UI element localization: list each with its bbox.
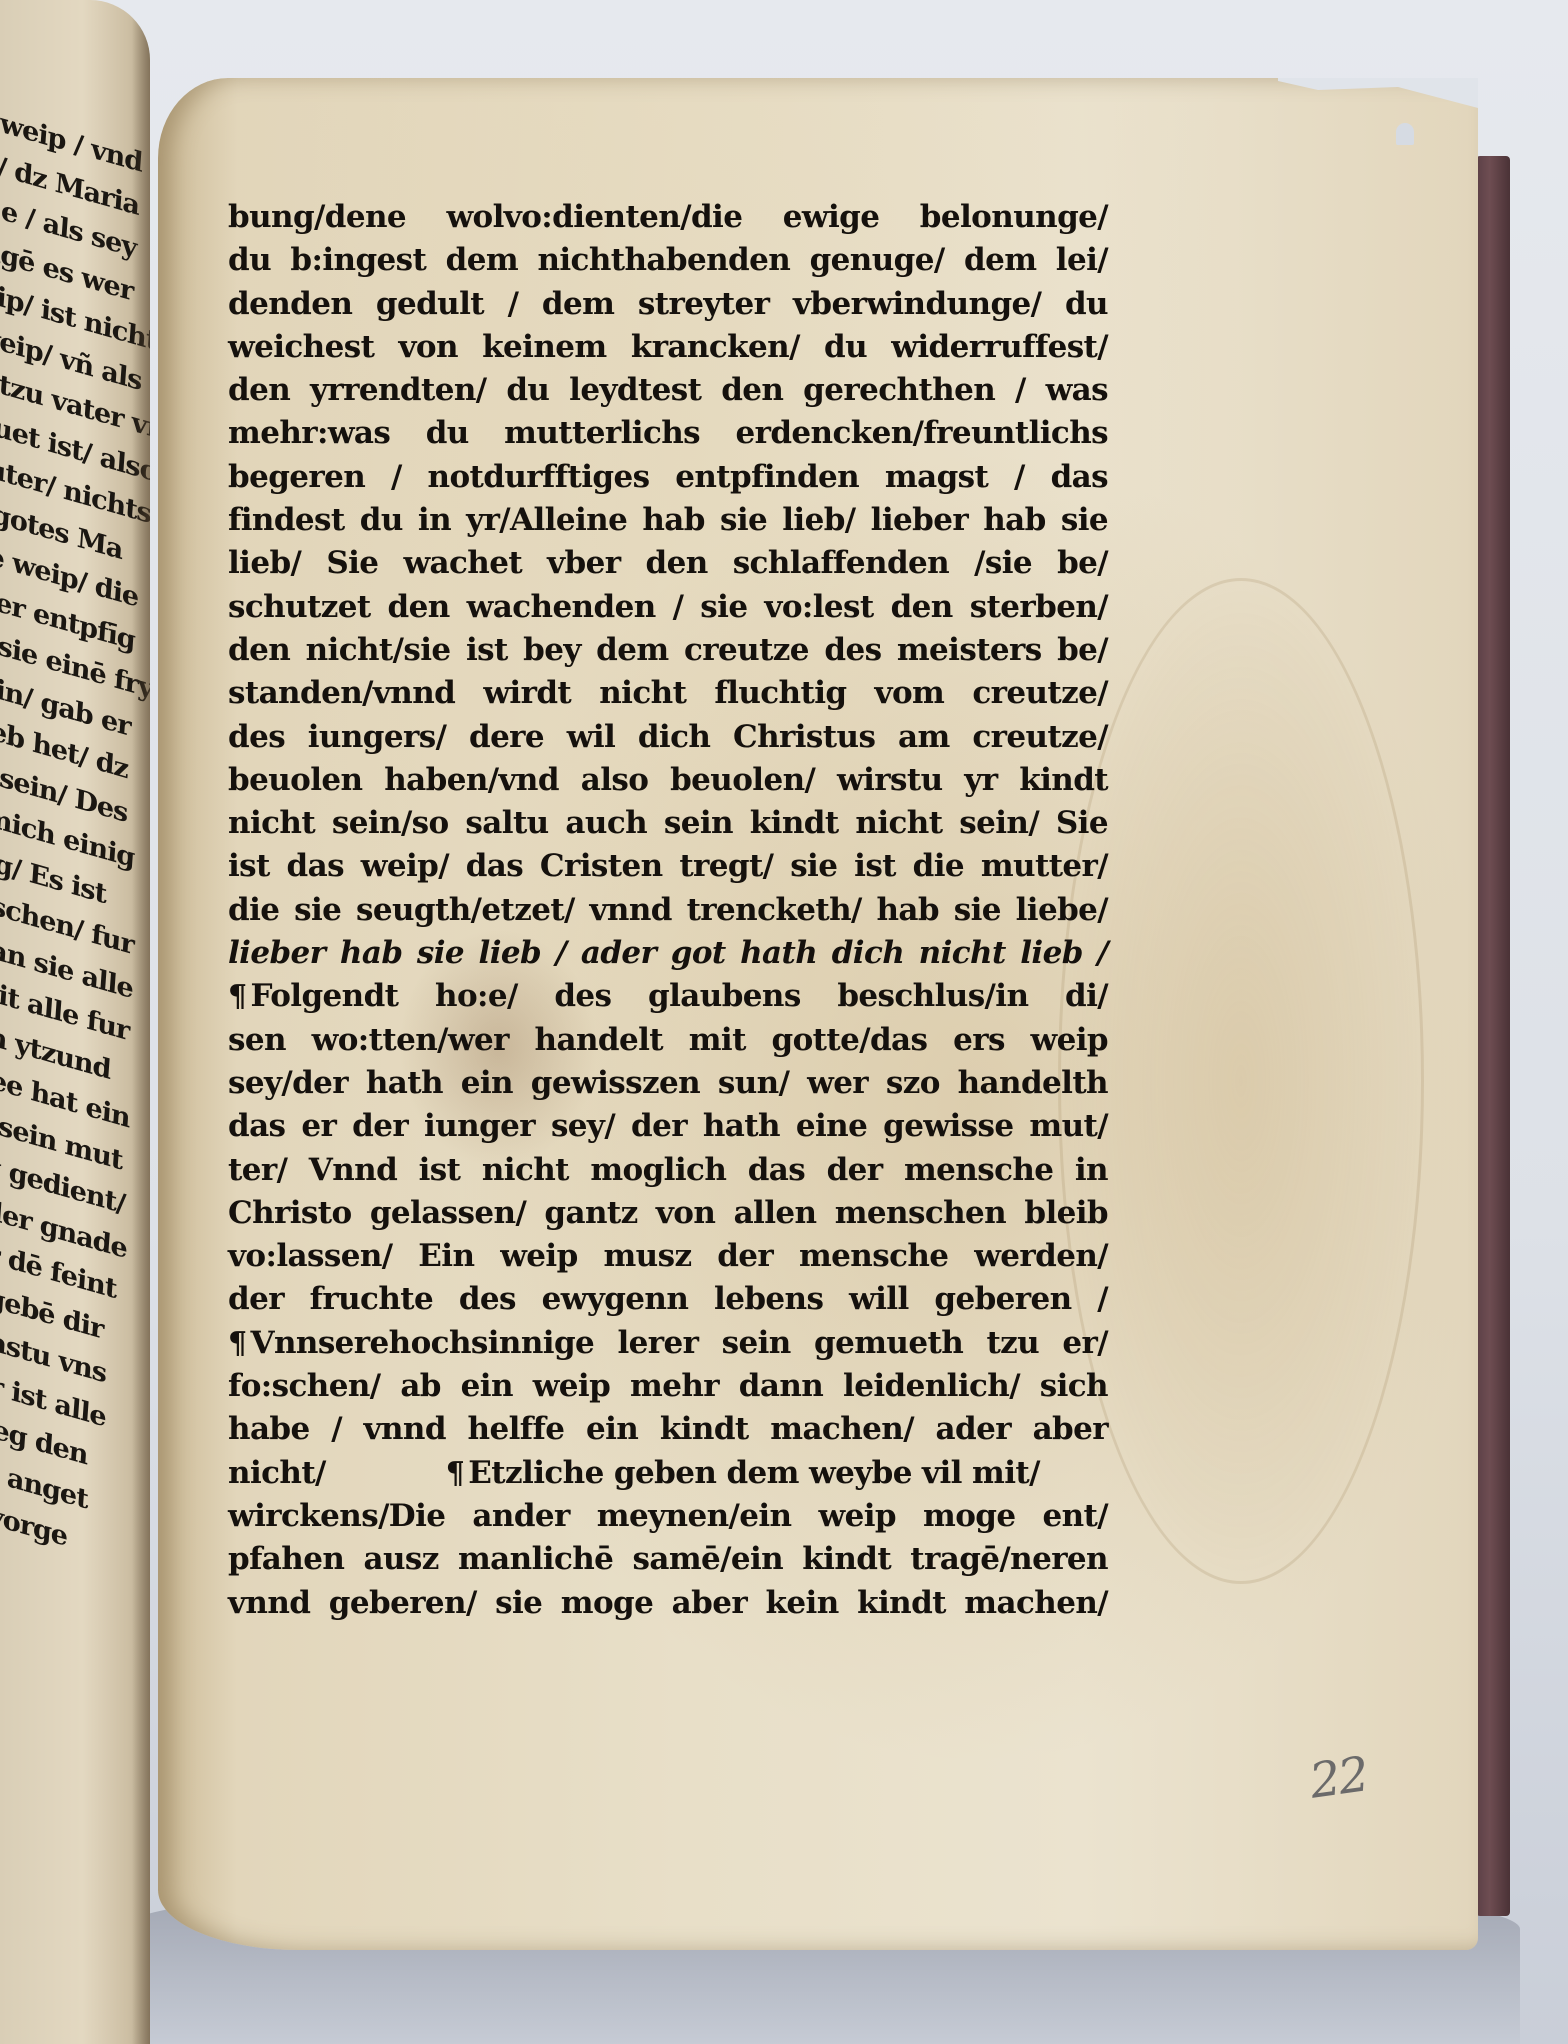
text-line: weichest von keinem krancken/ du widerru… [228, 326, 1108, 369]
text-line: du b:ingest dem nichthabenden genuge/ de… [228, 239, 1108, 282]
text-line: die sie seugth/etzet/ vnnd trencketh/ ha… [228, 889, 1108, 932]
torn-corner [1278, 78, 1478, 108]
recto-text-block: bung/dene wolvo:dienten/die ewige belonu… [228, 196, 1108, 1625]
text-line: sen wo:tten/wer handelt mit gotte/das er… [228, 1019, 1108, 1062]
paragraph-mark-icon: ¶ [446, 1452, 465, 1495]
text-line: der fruchte des ewygenn lebens will gebe… [228, 1278, 1108, 1321]
gutter-shadow [132, 0, 150, 2044]
paragraph-mark-icon: ¶ [228, 1322, 247, 1365]
book-cover-edge [1476, 156, 1510, 1916]
text-line: bung/dene wolvo:dienten/die ewige belonu… [228, 196, 1108, 239]
text-line: findest du in yr/Alleine hab sie lieb/ l… [228, 499, 1108, 542]
water-stain [1058, 578, 1424, 1584]
text-line: den yrrendten/ du leydtest den gerechthe… [228, 369, 1108, 412]
recto-page: bung/dene wolvo:dienten/die ewige belonu… [158, 78, 1478, 1950]
paragraph-mark-icon: ¶ [228, 975, 247, 1018]
text-line: ist das weip/ das Cristen tregt/ sie ist… [228, 845, 1108, 888]
text-line: wirckens/Die ander meynen/ein weip moge … [228, 1495, 1108, 1538]
text-line: habe / vnnd helffe ein kindt machen/ ade… [228, 1408, 1108, 1451]
text-line: nicht sein/so saltu auch sein kindt nich… [228, 802, 1108, 845]
text-line: lieb/ Sie wachet vber den schlaffenden /… [228, 542, 1108, 585]
text-line: denden gedult / dem streyter vberwindung… [228, 283, 1108, 326]
text-line: begeren / notdurfftiges entpfinden magst… [228, 456, 1108, 499]
text-line: vo:lassen/ Ein weip musz der mensche wer… [228, 1235, 1108, 1278]
text-line: sey/der hath ein gewisszen sun/ wer szo … [228, 1062, 1108, 1105]
text-line: den nicht/sie ist bey dem creutze des me… [228, 629, 1108, 672]
text-line: das er der iunger sey/ der hath eine gew… [228, 1105, 1108, 1148]
wormhole [1396, 123, 1414, 145]
text-run: Vnnserehochsinnige lerer sein gemueth tz… [251, 1325, 1109, 1361]
text-line: beuolen haben/vnd also beuolen/ wirstu y… [228, 759, 1108, 802]
text-line: standen/vnnd wirdt nicht fluchtig vom cr… [228, 672, 1108, 715]
text-line: schutzet den wachenden / sie vo:lest den… [228, 586, 1108, 629]
text-line-paragraph: ¶Folgendt ho:e/ des glaubens beschlus/in… [228, 975, 1108, 1018]
text-line: mehr:was du mutterlichs erdencken/freunt… [228, 412, 1108, 455]
handwritten-folio-number: 22 [1306, 1746, 1370, 1809]
text-run: Folgendt ho:e/ des glaubens beschlus/in … [251, 978, 1109, 1014]
verso-page-fragment: weip / vnd / dz Maria e / als sey agē es… [0, 0, 150, 2044]
text-line: des iungers/ dere wil dich Christus am c… [228, 716, 1108, 759]
text-line-paragraph: nicht/¶Etzliche geben dem weybe vil mit/ [228, 1452, 1108, 1495]
text-line: pfahen ausz manlichē samē/ein kindt trag… [228, 1538, 1108, 1581]
text-line-paragraph: ¶Vnnserehochsinnige lerer sein gemueth t… [228, 1322, 1108, 1365]
text-line: fo:schen/ ab ein weip mehr dann leidenli… [228, 1365, 1108, 1408]
text-run: Etzliche geben dem weybe vil mit/ [468, 1455, 1040, 1491]
text-line: ter/ Vnnd ist nicht moglich das der mens… [228, 1149, 1108, 1192]
text-line: lieber hab sie lieb / ader got hath dich… [228, 932, 1108, 975]
text-line: Christo gelassen/ gantz von allen mensch… [228, 1192, 1108, 1235]
text-run: nicht/ [228, 1455, 326, 1491]
text-line: vnnd geberen/ sie moge aber kein kindt m… [228, 1582, 1108, 1625]
verso-text-block: weip / vnd / dz Maria e / als sey agē es… [0, 100, 144, 1553]
